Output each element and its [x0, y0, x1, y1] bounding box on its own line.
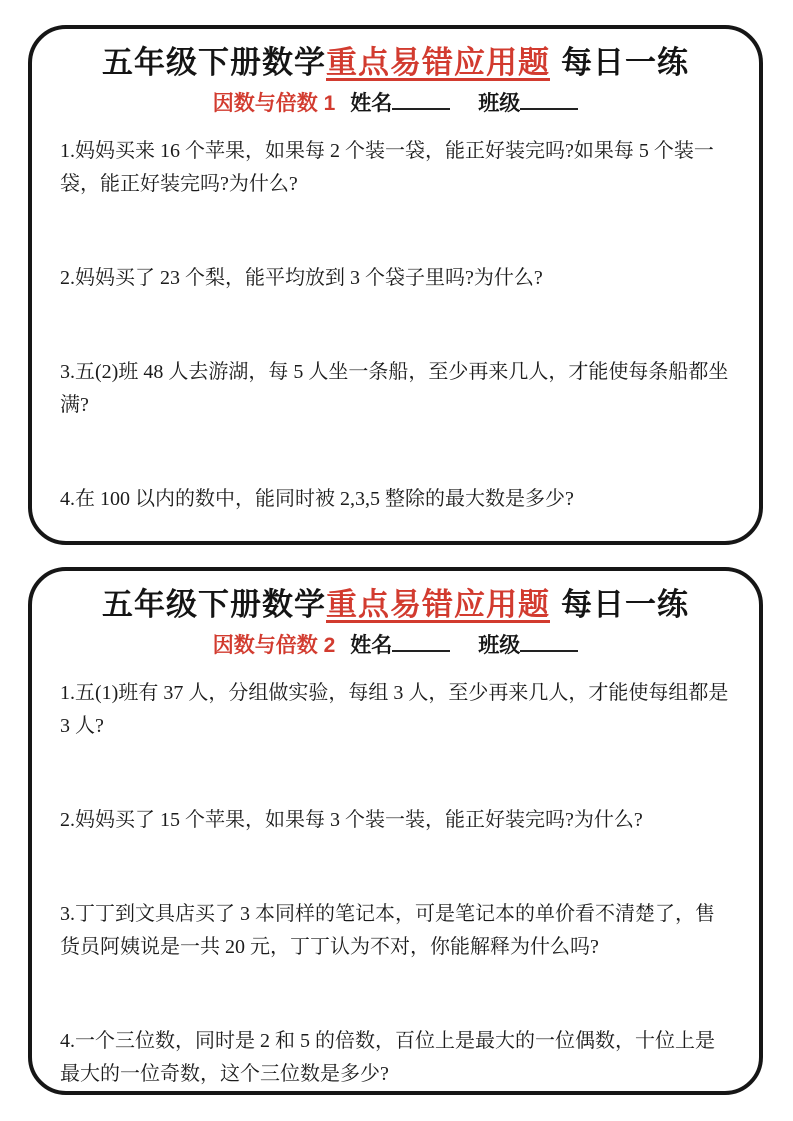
class-blank-line: [520, 93, 578, 110]
class-blank-line: [520, 635, 578, 652]
title-highlight: 重点易错应用题: [326, 45, 550, 80]
title-prefix: 五年级下册数学: [102, 45, 326, 80]
title-suffix: 每日一练: [561, 45, 689, 80]
title-prefix: 五年级下册数学: [102, 587, 326, 622]
worksheet-title: 五年级下册数学重点易错应用题每日一练: [60, 584, 731, 626]
title-highlight: 重点易错应用题: [326, 587, 550, 622]
question-item: 1.五(1)班有 37 人，分组做实验，每组 3 人，至少再来几人，才能使每组都…: [60, 677, 731, 742]
title-suffix: 每日一练: [561, 587, 689, 622]
question-item: 2.妈妈买了 23 个梨，能平均放到 3 个袋子里吗?为什么?: [60, 262, 731, 294]
class-label: 班级: [478, 92, 520, 115]
worksheet-title: 五年级下册数学重点易错应用题每日一练: [60, 42, 731, 84]
question-list: 1.五(1)班有 37 人，分组做实验，每组 3 人，至少再来几人，才能使每组都…: [60, 677, 731, 1090]
name-blank-line: [392, 635, 450, 652]
section-label: 因数与倍数 2: [213, 634, 336, 657]
worksheet-card-2: 五年级下册数学重点易错应用题每日一练 因数与倍数 2姓名班级 1.五(1)班有 …: [28, 567, 763, 1095]
question-item: 4.在 100 以内的数中，能同时被 2,3,5 整除的最大数是多少?: [60, 483, 731, 515]
question-item: 4.一个三位数，同时是 2 和 5 的倍数，百位上是最大的一位偶数，十位上是最大…: [60, 1025, 731, 1090]
name-label: 姓名: [350, 92, 392, 115]
question-item: 3.五(2)班 48 人去游湖，每 5 人坐一条船，至少再来几人，才能使每条船都…: [60, 356, 731, 421]
question-item: 2.妈妈买了 15 个苹果，如果每 3 个装一装，能正好装完吗?为什么?: [60, 804, 731, 836]
class-label: 班级: [478, 634, 520, 657]
worksheet-subtitle: 因数与倍数 2姓名班级: [60, 631, 731, 660]
worksheet-page: 五年级下册数学重点易错应用题每日一练 因数与倍数 1姓名班级 1.妈妈买来 16…: [0, 0, 793, 1121]
question-list: 1.妈妈买来 16 个苹果，如果每 2 个装一袋，能正好装完吗?如果每 5 个装…: [60, 135, 731, 515]
worksheet-subtitle: 因数与倍数 1姓名班级: [60, 89, 731, 118]
question-item: 1.妈妈买来 16 个苹果，如果每 2 个装一袋，能正好装完吗?如果每 5 个装…: [60, 135, 731, 200]
name-label: 姓名: [350, 634, 392, 657]
question-item: 3.丁丁到文具店买了 3 本同样的笔记本，可是笔记本的单价看不清楚了，售货员阿姨…: [60, 898, 731, 963]
section-label: 因数与倍数 1: [213, 92, 336, 115]
name-blank-line: [392, 93, 450, 110]
worksheet-card-1: 五年级下册数学重点易错应用题每日一练 因数与倍数 1姓名班级 1.妈妈买来 16…: [28, 25, 763, 545]
